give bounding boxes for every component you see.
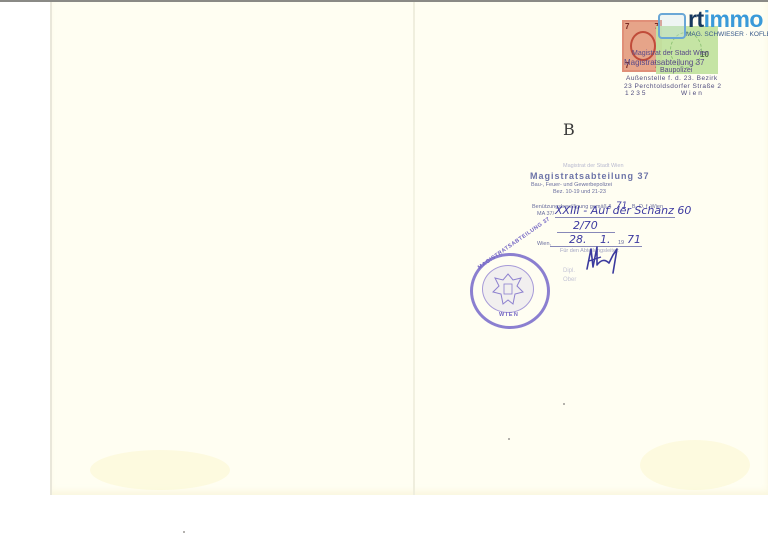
left-page-blank bbox=[52, 2, 413, 495]
address-line2: 23 Perchtoldsdorfer Straße 2 bbox=[624, 83, 721, 90]
ma-reference-line bbox=[555, 217, 675, 218]
stamp-overprint-line3: Baupolizei bbox=[660, 67, 692, 74]
logo-mark-icon bbox=[658, 13, 686, 39]
signature-mark bbox=[583, 243, 623, 275]
round-official-seal: MAGISTRATSABTEILUNG 37 WIEN bbox=[470, 253, 550, 329]
brand-logo: rtimmo bbox=[688, 6, 763, 33]
seal-bottom-text: WIEN bbox=[499, 312, 519, 318]
coat-of-arms-eagle-icon bbox=[482, 265, 534, 313]
office-line3: Bau-, Feuer- und Gewerbepolizei bbox=[531, 182, 612, 188]
logo-tagline: MAG. SCHWIESER · KOFLER bbox=[686, 31, 768, 38]
stamp-overprint-line1: Magistrat der Stadt Wien bbox=[632, 50, 709, 57]
paper-speck bbox=[183, 531, 185, 533]
faint-stamp-line2: Ober bbox=[563, 277, 576, 283]
date-year: 71 bbox=[627, 233, 641, 246]
logo-text-part2: immo bbox=[704, 6, 763, 32]
address-line1: Außenstelle f. d. 23. Bezirk bbox=[626, 75, 718, 82]
date-label: Wien, bbox=[537, 241, 551, 247]
stamp-value: 7 bbox=[625, 22, 629, 31]
address-postcode: 1235 bbox=[625, 90, 647, 97]
ma-reference: XXIII - Auf der Schanz 60 bbox=[555, 204, 691, 217]
paper-stain bbox=[640, 440, 750, 490]
page-fold-divider bbox=[413, 2, 415, 495]
paper-speck bbox=[508, 438, 510, 440]
page-marker: B bbox=[563, 120, 575, 139]
stamp-overprint-line2: Magistratsabteilung 37 bbox=[624, 58, 705, 67]
file-number: 2/70 bbox=[573, 219, 598, 232]
office-line1: Magistrat der Stadt Wien bbox=[563, 163, 624, 169]
faint-stamp-line1: Dipl. bbox=[563, 268, 575, 274]
address-city: Wien bbox=[681, 90, 704, 97]
office-line2: Magistratsabteilung 37 bbox=[530, 171, 650, 181]
ma-label: MA 37/ bbox=[537, 211, 554, 217]
logo-text-part1: rt bbox=[688, 6, 704, 32]
paper-speck bbox=[563, 403, 565, 405]
